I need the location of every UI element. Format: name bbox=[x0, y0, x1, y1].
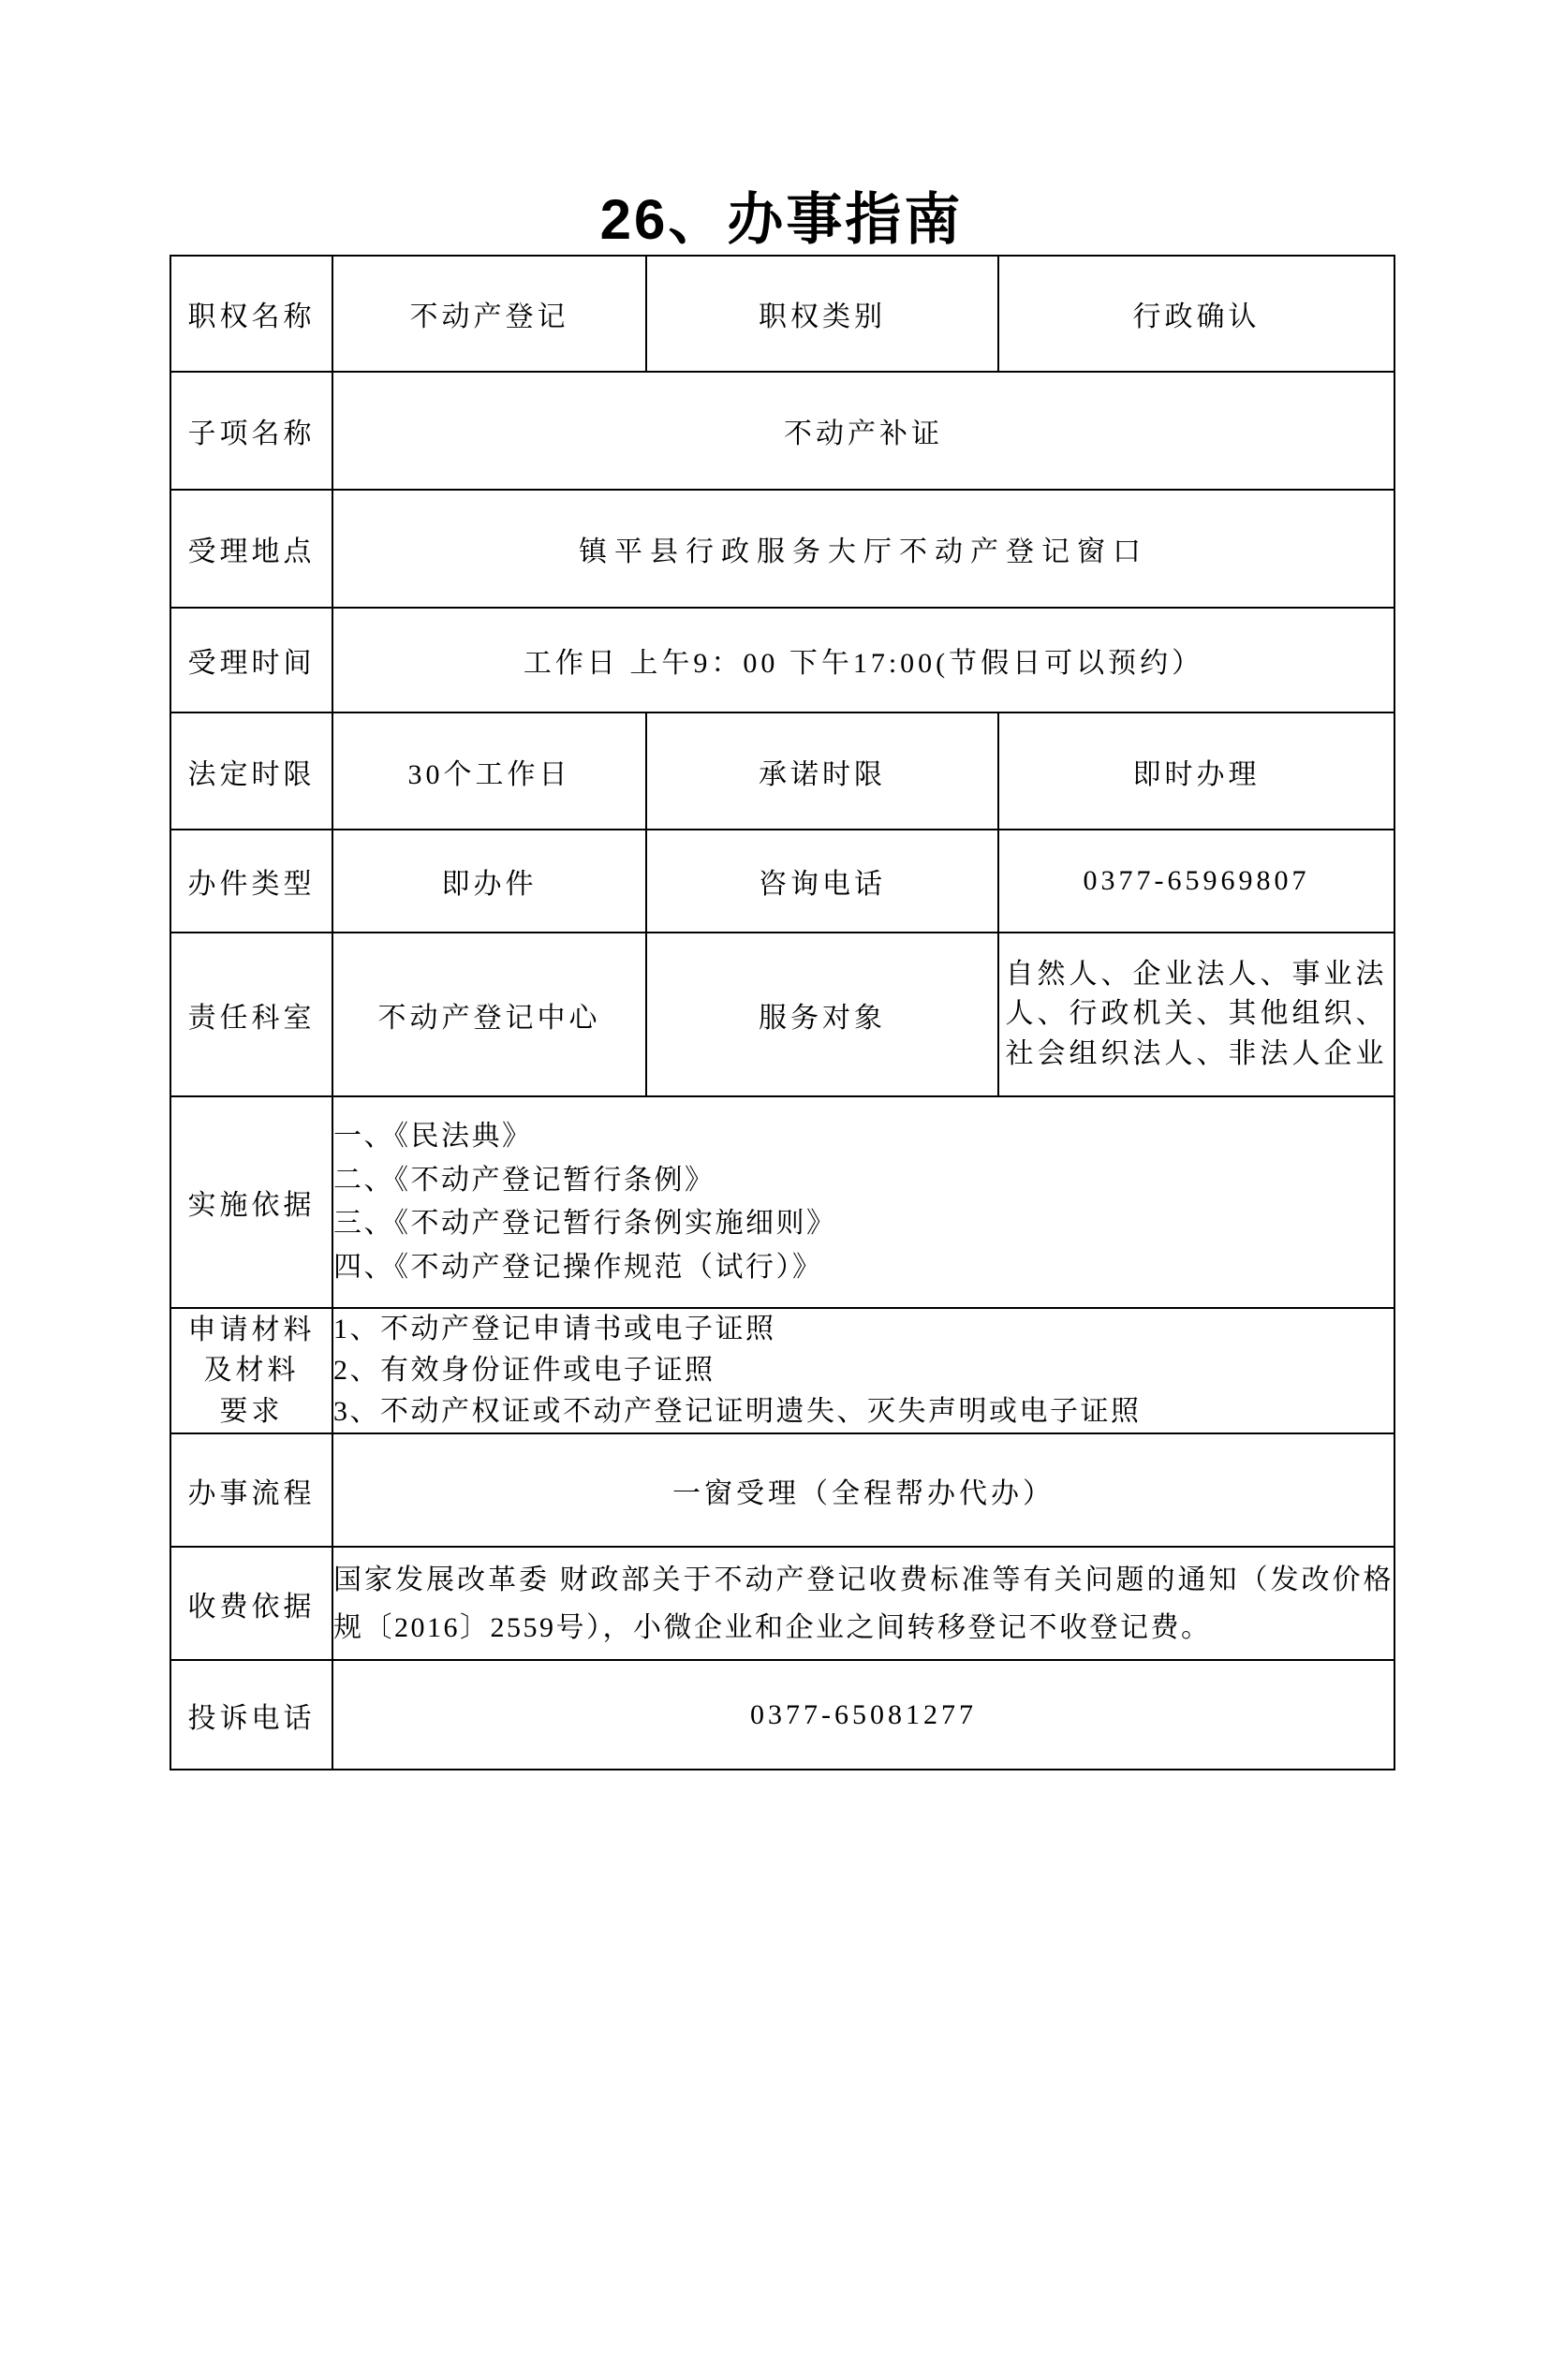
fee-basis-label: 收费依据 bbox=[170, 1547, 332, 1660]
table-row-responsible-dept: 责任科室 不动产登记中心 服务对象 自然人、企业法人、事业法人、行政机关、其他组… bbox=[170, 933, 1394, 1096]
promise-limit-label: 承诺时限 bbox=[646, 713, 998, 830]
table-row-case-type: 办件类型 即办件 咨询电话 0377-65969807 bbox=[170, 830, 1394, 933]
authority-type-value: 行政确认 bbox=[998, 256, 1394, 372]
complaint-phone-label: 投诉电话 bbox=[170, 1660, 332, 1770]
table-row-authority-name: 职权名称 不动产登记 职权类别 行政确认 bbox=[170, 256, 1394, 372]
fee-basis-value: 国家发展改革委 财政部关于不动产登记收费标准等有关问题的通知（发改价格规〔201… bbox=[332, 1547, 1394, 1660]
accept-place-label: 受理地点 bbox=[170, 490, 332, 608]
complaint-phone-value: 0377-65081277 bbox=[332, 1660, 1394, 1770]
accept-time-label: 受理时间 bbox=[170, 608, 332, 713]
table-row-accept-place: 受理地点 镇平县行政服务大厅不动产登记窗口 bbox=[170, 490, 1394, 608]
subitem-name-value: 不动产补证 bbox=[332, 372, 1394, 490]
page-title: 26、办事指南 bbox=[170, 190, 1394, 249]
implement-basis-list: 一、《民法典》 二、《不动产登记暂行条例》 三、《不动产登记暂行条例实施细则》 … bbox=[332, 1096, 1394, 1308]
case-type-value: 即办件 bbox=[332, 830, 646, 933]
table-row-application-materials: 申请材料 及材料 要求 1、不动产登记申请书或电子证照 2、有效身份证件或电子证… bbox=[170, 1308, 1394, 1433]
accept-place-value: 镇平县行政服务大厅不动产登记窗口 bbox=[332, 490, 1394, 608]
table-row-fee-basis: 收费依据 国家发展改革委 财政部关于不动产登记收费标准等有关问题的通知（发改价格… bbox=[170, 1547, 1394, 1660]
application-materials-list: 1、不动产登记申请书或电子证照 2、有效身份证件或电子证照 3、不动产权证或不动… bbox=[332, 1308, 1394, 1433]
accept-time-value: 工作日 上午9：00 下午17:00(节假日可以预约） bbox=[332, 608, 1394, 713]
process-value: 一窗受理（全程帮办代办） bbox=[332, 1433, 1394, 1547]
legal-limit-value: 30个工作日 bbox=[332, 713, 646, 830]
consult-phone-label: 咨询电话 bbox=[646, 830, 998, 933]
authority-name-value: 不动产登记 bbox=[332, 256, 646, 372]
table-row-legal-limit: 法定时限 30个工作日 承诺时限 即时办理 bbox=[170, 713, 1394, 830]
table-row-process: 办事流程 一窗受理（全程帮办代办） bbox=[170, 1433, 1394, 1547]
responsible-dept-value: 不动产登记中心 bbox=[332, 933, 646, 1096]
document-page: 26、办事指南 职权名称 不动产登记 职权类别 行政确认 子项名称 不动产补证 … bbox=[0, 190, 1549, 2380]
legal-limit-label: 法定时限 bbox=[170, 713, 332, 830]
service-target-value: 自然人、企业法人、事业法人、行政机关、其他组织、社会组织法人、非法人企业 bbox=[998, 933, 1394, 1096]
promise-limit-value: 即时办理 bbox=[998, 713, 1394, 830]
case-type-label: 办件类型 bbox=[170, 830, 332, 933]
subitem-name-label: 子项名称 bbox=[170, 372, 332, 490]
table-row-complaint-phone: 投诉电话 0377-65081277 bbox=[170, 1660, 1394, 1770]
process-label: 办事流程 bbox=[170, 1433, 332, 1547]
authority-type-label: 职权类别 bbox=[646, 256, 998, 372]
authority-name-label: 职权名称 bbox=[170, 256, 332, 372]
implement-basis-label: 实施依据 bbox=[170, 1096, 332, 1308]
service-guide-table: 职权名称 不动产登记 职权类别 行政确认 子项名称 不动产补证 受理地点 镇平县… bbox=[170, 255, 1395, 1770]
service-target-label: 服务对象 bbox=[646, 933, 998, 1096]
consult-phone-value: 0377-65969807 bbox=[998, 830, 1394, 933]
application-materials-label: 申请材料 及材料 要求 bbox=[170, 1308, 332, 1433]
responsible-dept-label: 责任科室 bbox=[170, 933, 332, 1096]
table-row-accept-time: 受理时间 工作日 上午9：00 下午17:00(节假日可以预约） bbox=[170, 608, 1394, 713]
table-row-implement-basis: 实施依据 一、《民法典》 二、《不动产登记暂行条例》 三、《不动产登记暂行条例实… bbox=[170, 1096, 1394, 1308]
table-row-subitem-name: 子项名称 不动产补证 bbox=[170, 372, 1394, 490]
